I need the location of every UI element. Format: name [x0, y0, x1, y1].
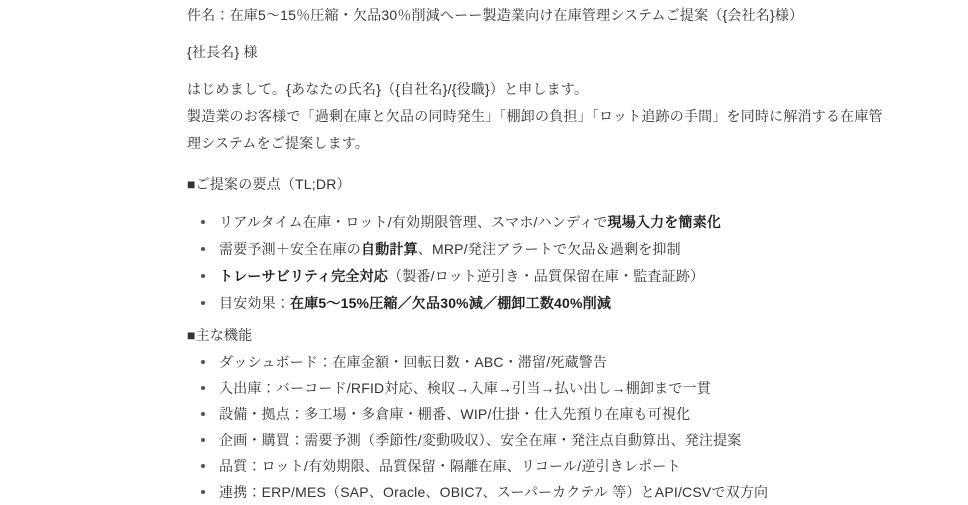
item-text-bold: トレーサビリティ完全対応 [219, 268, 388, 284]
tldr-list: リアルタイム在庫・ロット/有効期限管理、スマホ/ハンディで現場入力を簡素化 需要… [187, 209, 893, 316]
tldr-item-4: 目安効果：在庫5〜15%圧縮／欠品30%減／棚卸工数40%削減 [187, 290, 893, 316]
item-text: 需要予測＋安全在庫の [219, 241, 361, 257]
subject-line: 件名：在庫5〜15％圧縮・欠品30％削減へーー製造業向け在庫管理システムご提案（… [187, 2, 893, 29]
feature-item-planning: 企画・購買：需要予測（季節性/変動吸収）、安全在庫・発注点自動算出、発注提案 [187, 427, 893, 453]
salutation: {社長名} 様 [187, 39, 893, 66]
feature-item-quality: 品質：ロット/有効期限、品質保留・隔離在庫、リコール/逆引きレポート [187, 453, 893, 479]
document-body: 件名：在庫5〜15％圧縮・欠品30％削減へーー製造業向け在庫管理システムご提案（… [187, 0, 893, 495]
item-text: 目安効果： [219, 295, 290, 311]
item-text-bold: 在庫5〜15%圧縮／欠品30%減／棚卸工数40%削減 [290, 295, 611, 311]
item-text: 、MRP/発注アラートで欠品＆過剰を抑制 [418, 241, 681, 257]
intro-line-2: 製造業のお客様で「過剰在庫と欠品の同時発生」「棚卸の負担」「ロット追跡の手間」を… [187, 103, 893, 157]
tldr-item-3: トレーサビリティ完全対応（製番/ロット逆引き・品質保留在庫・監査証跡） [187, 263, 893, 289]
section-heading-tldr: ■ご提案の要点（TL;DR） [187, 171, 893, 198]
feature-item-dashboard: ダッシュボード：在庫金額・回転日数・ABC・滞留/死蔵警告 [187, 349, 893, 375]
feature-item-sites: 設備・拠点：多工場・多倉庫・棚番、WIP/仕掛・仕入先預り在庫も可視化 [187, 401, 893, 427]
item-text: （製番/ロット逆引き・品質保留在庫・監査証跡） [388, 268, 704, 284]
intro-line-1: はじめまして。{あなたの氏名}（{自社名}/{役職}）と申します。 [187, 76, 893, 103]
item-text-bold: 現場入力を簡素化 [608, 214, 722, 230]
section-heading-features: ■主な機能 [187, 322, 893, 349]
feature-item-inout: 入出庫：バーコード/RFID対応、検収→入庫→引当→払い出し→棚卸まで一貫 [187, 375, 893, 401]
item-text: リアルタイム在庫・ロット/有効期限管理、スマホ/ハンディで [219, 214, 608, 230]
tldr-item-2: 需要予測＋安全在庫の自動計算、MRP/発注アラートで欠品＆過剰を抑制 [187, 236, 893, 262]
feature-item-integration: 連携：ERP/MES（SAP、Oracle、OBIC7、スーパーカクテル 等）と… [187, 479, 893, 495]
intro-paragraph: はじめまして。{あなたの氏名}（{自社名}/{役職}）と申します。 製造業のお客… [187, 76, 893, 157]
features-list: ダッシュボード：在庫金額・回転日数・ABC・滞留/死蔵警告 入出庫：バーコード/… [187, 349, 893, 495]
item-text-bold: 自動計算 [361, 241, 418, 257]
tldr-item-1: リアルタイム在庫・ロット/有効期限管理、スマホ/ハンディで現場入力を簡素化 [187, 209, 893, 235]
